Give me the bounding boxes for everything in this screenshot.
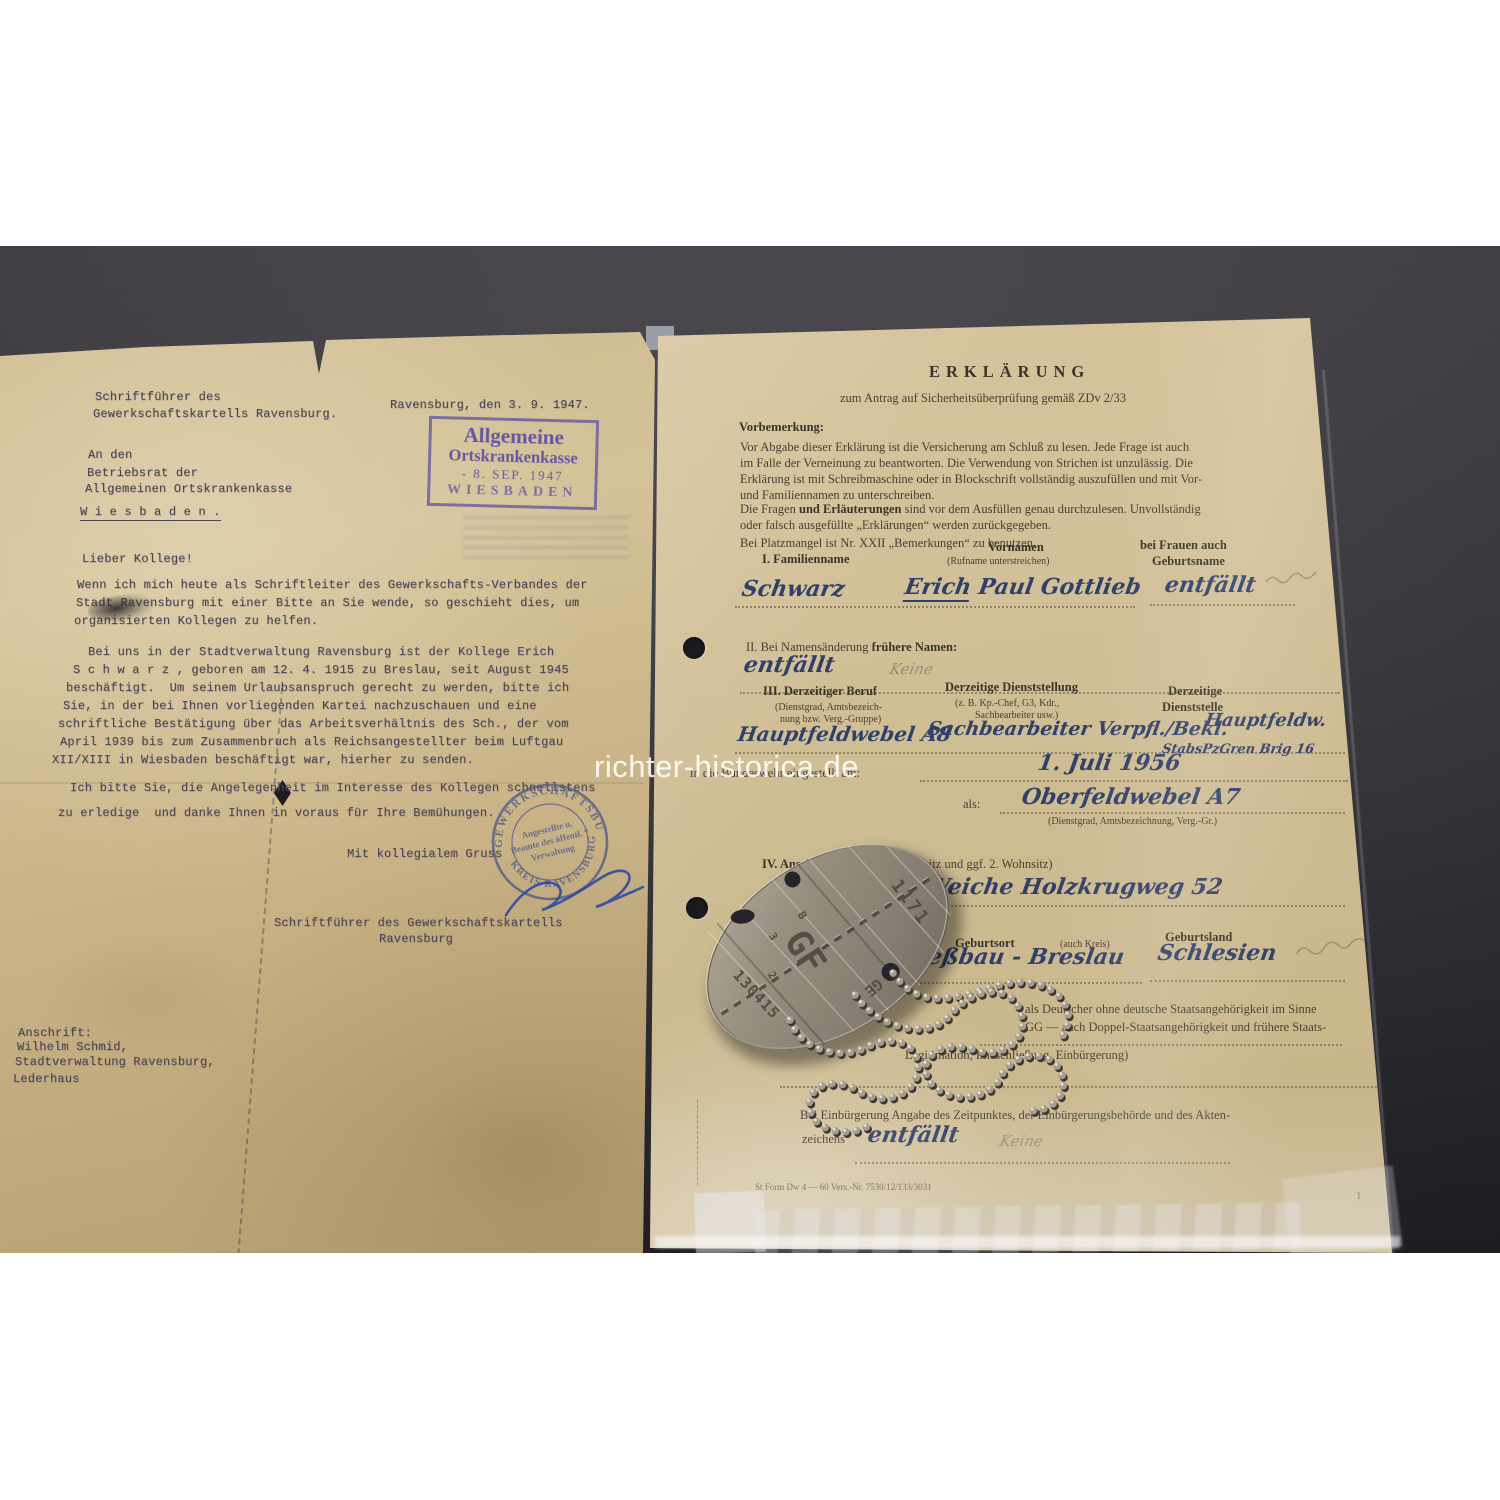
form-field-label: Derzeitige Dienststellung: [945, 680, 1078, 695]
handwritten-fruehere-namen: entfällt: [742, 652, 837, 678]
letter-sender-line: Gewerkschaftskartells Ravensburg.: [93, 407, 337, 421]
letter-city-line: W i e s b a d e n .: [80, 505, 221, 521]
letter-body-line: April 1939 bis zum Zusammenbruch als Rei…: [60, 735, 563, 749]
purple-box-stamp: Allgemeine Ortskrankenkasse - 8. SEP. 19…: [427, 416, 599, 510]
form-field-label: Derzeitige: [1168, 684, 1222, 699]
handwritten-vornamen-rest: Paul Gottlieb: [969, 574, 1143, 600]
handwritten-vornamen: Erich Paul Gottlieb: [903, 574, 1143, 600]
letter-body-line: Wenn ich mich heute als Schriftleiter de…: [77, 578, 588, 592]
form-field-label: II. Bei Namensänderung frühere Namen:: [746, 640, 957, 655]
form-field-label: Dienststelle: [1162, 700, 1223, 715]
form-field-label: Vornamen: [988, 540, 1044, 555]
form-intro-line: oder falsch ausgefüllte „Erklärungen“ we…: [740, 518, 1051, 533]
tape-strip: [755, 1202, 1301, 1257]
fill-in-rule: [740, 692, 1340, 694]
form-field-sublabel: (Rufname unterstreichen): [947, 556, 1049, 567]
letter-sender-line: Schriftführer des: [95, 390, 221, 404]
letter-signature-org: Schriftführer des Gewerkschaftskartells: [274, 916, 563, 930]
letter-recipient-line: An den: [88, 448, 132, 462]
form-field-label: I. Familienname: [762, 552, 850, 567]
letterbox-bar-top: [0, 0, 1500, 246]
form-intro-segment-bold: und Erläuterungen: [799, 502, 901, 516]
letter-body-line: XII/XIII in Wiesbaden beschäftigt war, h…: [52, 753, 474, 767]
fill-in-rule: [735, 606, 1135, 608]
form-field-label: III. Derzeitiger Beruf: [763, 684, 877, 699]
handwritten-dienststellung: Sachbearbeiter Verpfl./Bekl.: [926, 718, 1230, 740]
letterbox-bar-bottom: [0, 1253, 1500, 1500]
fill-in-rule: [1150, 604, 1295, 606]
letter-date-line: Ravensburg, den 3. 9. 1947.: [390, 398, 590, 412]
stamp-line: Ortskrankenkasse: [437, 445, 589, 468]
pencil-squiggle: [1262, 568, 1332, 590]
form-section-label: Vorbemerkung:: [739, 420, 824, 435]
letter-address-line: Wilhelm Schmid,: [17, 1040, 128, 1054]
fill-in-rule: [920, 780, 1348, 782]
form-field-label: Geburtsname: [1152, 554, 1225, 569]
form-intro-line: Die Fragen und Erläuterungen sind vor de…: [740, 502, 1201, 517]
form-intro-segment: sind vor dem Ausfüllen genau durchzulese…: [901, 502, 1200, 516]
stamp-line: WIESBADEN: [436, 481, 588, 503]
letter-address-line: Lederhaus: [13, 1072, 80, 1086]
form-field-label: Geburtsland: [1165, 930, 1232, 945]
form-footer-number: St Form Dw 4 — 60 Vers.-Nr. 7530/12/133/…: [755, 1182, 932, 1192]
letter-body-line: Bei uns in der Stadtverwaltung Ravensbur…: [88, 645, 554, 659]
paper-stain: [400, 1072, 640, 1222]
form-field-sublabel: (z. B. Kp.-Chef, G3, Kdr.,: [955, 698, 1059, 709]
form-intro-line: Bei Platzmangel ist Nr. XXII „Bemerkunge…: [740, 536, 1036, 551]
letter-body-line: beschäftigt. Um seinem Urlaubsanspruch g…: [66, 681, 569, 695]
letter-address-label: Anschrift:: [18, 1026, 92, 1040]
photo-canvas: Schriftführer des Gewerkschaftskartells …: [0, 0, 1500, 1500]
handwritten-geburtsname: entfällt: [1163, 572, 1258, 598]
letter-body-line: S c h w a r z , geboren am 12. 4. 1915 z…: [73, 663, 569, 677]
handwritten-dienststelle-2: StabsPzGren Brig 16: [1161, 742, 1315, 757]
form-field-sublabel: nung bzw. Verg.-Gruppe): [780, 714, 881, 725]
pencil-note: Keine: [888, 660, 935, 678]
letter-signature-org: Ravensburg: [379, 932, 453, 946]
punch-hole: [683, 637, 705, 659]
dog-tag-and-chain: GF 1171 130415 2 3 B GE: [630, 790, 1130, 1170]
form-intro-line: Vor Abgabe dieser Erklärung ist die Vers…: [740, 440, 1189, 455]
letter-recipient-line: Allgemeinen Ortskrankenkasse: [85, 482, 292, 496]
handwritten-dienststelle: Hauptfeldw.: [1203, 710, 1328, 731]
form-intro-line: im Falle der Verneinung zu beantworten. …: [740, 456, 1193, 471]
handwritten-eingestellt-datum: 1. Juli 1956: [1036, 750, 1183, 776]
fill-in-rule: [1150, 980, 1345, 982]
form-intro-line: und Familiennamen zu unterschreiben.: [740, 488, 934, 503]
letter-body-line: schriftliche Bestätigung über das Arbeit…: [58, 717, 569, 731]
left-document-letter: Schriftführer des Gewerkschaftskartells …: [0, 332, 662, 1253]
letter-salutation: Lieber Kollege!: [82, 552, 193, 566]
letter-body-line: Sie, in der bei Ihnen vorliegenden Karte…: [63, 699, 537, 713]
form-field-sublabel: Sachbearbeiter usw.): [975, 710, 1058, 721]
letter-body-line: zu erledige und danke Ihnen in voraus fü…: [58, 806, 495, 820]
sleeve-glare-line: [655, 1236, 1400, 1248]
watermark-text: richter-historica.de: [594, 749, 859, 785]
handwritten-beruf: Hauptfeldwebel A8: [736, 722, 953, 746]
handwritten-familienname: Schwarz: [740, 576, 847, 602]
handwritten-geburtsland: Schlesien: [1156, 940, 1278, 966]
handwritten-rufname-underlined: Erich: [903, 574, 974, 602]
letter-address-line: Stadtverwaltung Ravensburg,: [15, 1055, 215, 1069]
form-title: ERKLÄRUNG: [929, 362, 1090, 382]
form-subtitle: zum Antrag auf Sicherheitsüberprüfung ge…: [840, 391, 1126, 406]
form-intro-segment: Die Fragen: [740, 502, 799, 516]
form-field-label: bei Frauen auch: [1140, 538, 1227, 553]
form-intro-line: Erklärung ist mit Schreibmaschine oder i…: [740, 472, 1202, 487]
letter-recipient-line: Betriebsrat der: [87, 466, 198, 480]
form-label-segment: II. Bei Namensänderung: [746, 640, 872, 654]
form-field-sublabel: (Dienstgrad, Amtsbezeich-: [775, 702, 882, 713]
ink-ghost-offset: [463, 516, 629, 562]
pencil-squiggle: [1292, 938, 1372, 962]
form-label-segment-bold: frühere Namen:: [872, 640, 958, 654]
